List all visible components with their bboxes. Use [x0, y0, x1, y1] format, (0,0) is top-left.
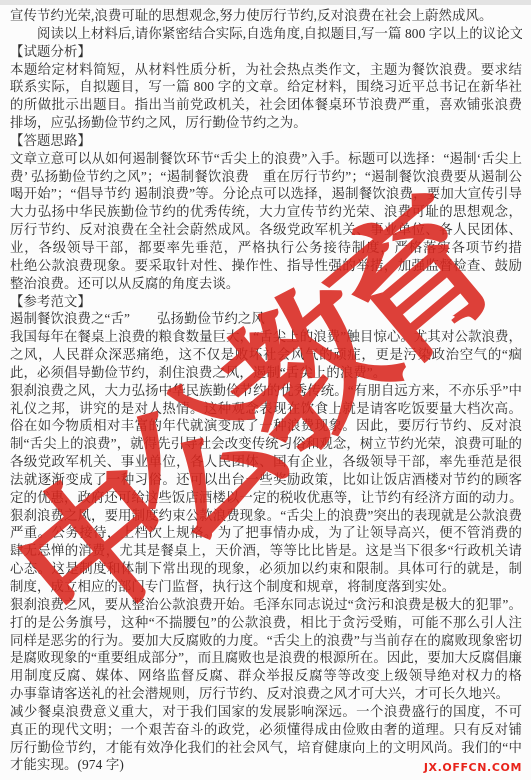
text-line: 厉行节约、反对浪费在全社会蔚然成风。各级党政军机关、事业单位、各人民团体、国有企	[10, 221, 522, 239]
text-line: 办事靠请客送礼的社会潜规则，厉行节约、反对浪费之风才可大兴，才可长久地兴。	[10, 685, 522, 703]
text-line: 同样是恶劣的行为。要加大反腐败的力度。“舌尖上的浪费”与当前存在的腐败现象密切相…	[10, 632, 522, 650]
text-line: 礼仪之邦，讲究的是对人热情。这种观念表现在饮食上就是请客吃饭要量大档次高。这种习	[10, 400, 522, 418]
document-page: 宣传节约光荣,浪费可耻的思想观念,努力使厉行节约,反对浪费在社会上蔚然成风。 阅…	[0, 0, 531, 780]
text-line: 本题给定材料简短，从材料性质分析，为社会热点类作文，主题为餐饮浪费。要求结合材料…	[10, 61, 522, 79]
text-line: 排场，应弘扬勤俭节约之风，厉行勤俭节约之为。	[10, 114, 522, 132]
text-line: 肆无忌惮的消费，尤其是餐桌上，天价酒，等等比比皆是。这是当下很多“行政机关请客的	[10, 542, 522, 560]
site-logo: JX.OFFCN.COM	[424, 761, 522, 774]
text-line: 费’ 弘扬勤俭节约之风”；“遏制餐饮浪费 重在厉行节约”；“遏制餐饮浪费要从遏制…	[10, 168, 522, 186]
text-line: 整治浪费。还可以从反腐的角度去谈。	[10, 275, 522, 293]
text-line: 【试题分析】	[10, 43, 522, 61]
top-border	[0, 0, 531, 5]
text-line: 厉行勤俭节约，才能有效净化我们的社会风气，培育健康向上的文明风尚。我们的“中国梦…	[10, 739, 522, 757]
text-line: 狠刹浪费之风，要用制度约束公款浪费现象。“舌尖上的浪费”突出的表现就是公款浪费现…	[10, 507, 522, 525]
text-line: 用制度反腐、媒体、网络监督反腐、群众举报反腐等等改变上级领导绝对权力的格局，改变	[10, 667, 522, 685]
text-line: 减少餐桌浪费意义重大，对于我们国家的发展影响深远。一个浪费盛行的国度，不可能涵养	[10, 703, 522, 721]
text-line: 杜绝公款浪费现象。要采取针对性、操作性、指导性强的举措，加强监督检查、鼓励节约，	[10, 257, 522, 275]
text-line: 【参考范文】	[10, 293, 522, 311]
text-line: 大力弘扬中华民族勤俭节约的优秀传统，大力宣传节约光荣、浪费可耻的思想观念，努力使	[10, 203, 522, 221]
text-line: 阅读以上材料后,请你紧密结合实际,自选角度,自拟题目,写一篇 800 字以上的议…	[10, 25, 522, 43]
text-line: 打的是公务旗号，这种“不揣腰包”的公款浪费，相比于贪污受贿，可能不那么引人注目，…	[10, 614, 522, 632]
text-line: 真正的现代文明；一个艰苦奋斗的政党，必须懂得成由俭败由奢的道理。只有反对铺张浪费…	[10, 721, 522, 739]
text-line: 业，各级领导干部，都要率先垂范，严格执行公务接待制度，严格落实各项节约措施，坚决	[10, 239, 522, 257]
text-line: 【答题思路】	[10, 132, 522, 150]
text-line: 法就逐渐变成了一种习俗。还可以出台一些奖励政策，比如让饭店酒楼对节约的顾客给予一	[10, 471, 522, 489]
text-line: 俗在如今物质相对丰富的年代就演变成了一种浪费现象。因此，要厉行节约、反对浪费，遏	[10, 417, 522, 435]
text-line: 制“舌尖上的浪费”，就得先引导社会改变传统习俗和观念，树立节约光荣，浪费可耻的观…	[10, 435, 522, 453]
text-line: 心态。这是制度和体制下常出现的现象，必须加以约束和限制。具体可行的就是，制定规章	[10, 560, 522, 578]
text-line: 制度，成立相应的部门专门监督，执行这个制度和规章，将制度落到实处。	[10, 578, 522, 596]
text-line: 喝开始”；“倡导节约 遏制浪费”等。分论点可以选择，遏制餐饮浪费，要加大宣传引导…	[10, 185, 522, 203]
document-text: 宣传节约光荣,浪费可耻的思想观念,努力使厉行节约,反对浪费在社会上蔚然成风。 阅…	[10, 7, 522, 774]
text-line: 遏制餐饮浪费之“舌” 弘扬勤俭节约之风	[10, 310, 522, 328]
text-line: 狠刹浪费之风，大力弘扬中华民族勤俭节约的优秀传统。“有朋自远方来，不亦乐乎”中国…	[10, 382, 522, 400]
text-line: 联系实际，自拟题目，写一篇 800 字的文章。给定材料，围绕习近平总书记在新华社…	[10, 78, 522, 96]
text-line: 狠刹浪费之风，要从整治公款浪费开始。毛泽东同志说过“贪污和浪费是极大的犯罪”。因…	[10, 596, 522, 614]
text-line: 宣传节约光荣,浪费可耻的思想观念,努力使厉行节约,反对浪费在社会上蔚然成风。	[10, 7, 522, 25]
text-line: 定的优惠，政府还可给这些饭店酒楼以一定的税收优惠等，让节约有经济方面的动力。	[10, 489, 522, 507]
text-line: 我国每年在餐桌上浪费的粮食数量巨大，“舌尖上的浪费”触目惊心。尤其对公款浪费，奢…	[10, 328, 522, 346]
text-line: 各级党政军机关、事业单位，各人民团体、国有企业，各级领导干部，率先垂范是很好的方	[10, 453, 522, 471]
text-line: 是腐败现象的“重要组成部分”，而且腐败也是浪费的根源所在。因此，要加大反腐倡廉力…	[10, 649, 522, 667]
text-line: 文章立意可以从如何遏制餐饮环节“舌尖上的浪费”入手。标题可以选择：“遏制‘舌尖上…	[10, 150, 522, 168]
text-line: 严重。公务接待，上档次上规格。为了把事情办成，为了让领导高兴，便不管消费的额度。	[10, 524, 522, 542]
text-line: 此，必须倡导勤俭节约，刹住浪费之风，遏制“舌尖上的浪费”。	[10, 364, 522, 382]
text-line: 之风，人民群众深恶痛绝，这不仅是败坏社会风气的顽症，更是污染政治空气的“痼疾”。…	[10, 346, 522, 364]
text-line: 的所做批示出题目。指出当前党政机关，社会团体餐桌环节浪费严重，喜欢铺张浪费以显示	[10, 96, 522, 114]
